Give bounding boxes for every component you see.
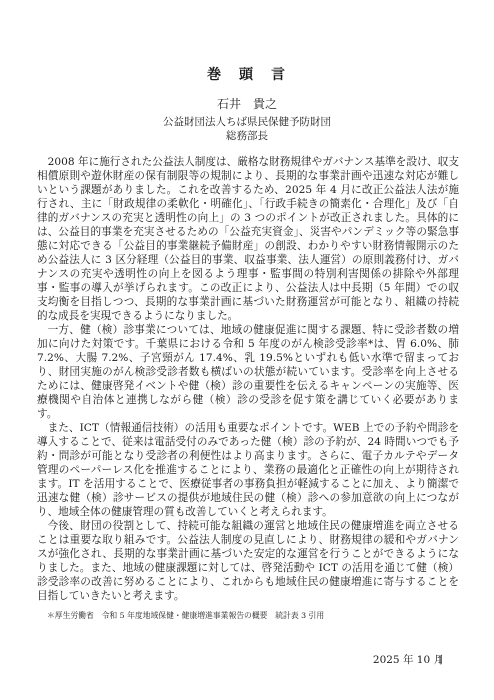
paragraph: また、ICT（情報通信技術）の活用も重要なポイントです。WEB 上での予約や問診… <box>37 421 459 519</box>
footnote: ＊厚生労働省 令和 5 年度地域保健・健康増進事業報告の概要 統計表 3 引用 <box>47 611 457 621</box>
author-position: 総務部長 <box>0 130 494 143</box>
paragraph: 2008 年に施行された公益法人制度は、厳格な財務規律やガバナンス基準を設け、収… <box>37 155 459 323</box>
page-number: 1 <box>437 655 443 666</box>
document-body: 2008 年に施行された公益法人制度は、厳格な財務規律やガバナンス基準を設け、収… <box>37 155 459 603</box>
date: 2025 年 10 月 <box>0 652 444 667</box>
paragraph: 今後、財団の役割として、持続可能な組織の運営と地域住民の健康増進を両立させること… <box>37 519 459 603</box>
organization-name: 公益財団法人ちば県民保健予防財団 <box>0 116 494 129</box>
paragraph: 一方、健（検）診事業については、地域の健康促進に関する課題、特に受診者数の増加に… <box>37 323 459 421</box>
page-title: 巻 頭 言 <box>0 66 494 84</box>
document-header: 巻 頭 言 石井 貴之 公益財団法人ちば県民保健予防財団 総務部長 <box>0 0 494 143</box>
document-page: 巻 頭 言 石井 貴之 公益財団法人ちば県民保健予防財団 総務部長 2008 年… <box>0 0 494 700</box>
author-name: 石井 貴之 <box>0 97 494 111</box>
